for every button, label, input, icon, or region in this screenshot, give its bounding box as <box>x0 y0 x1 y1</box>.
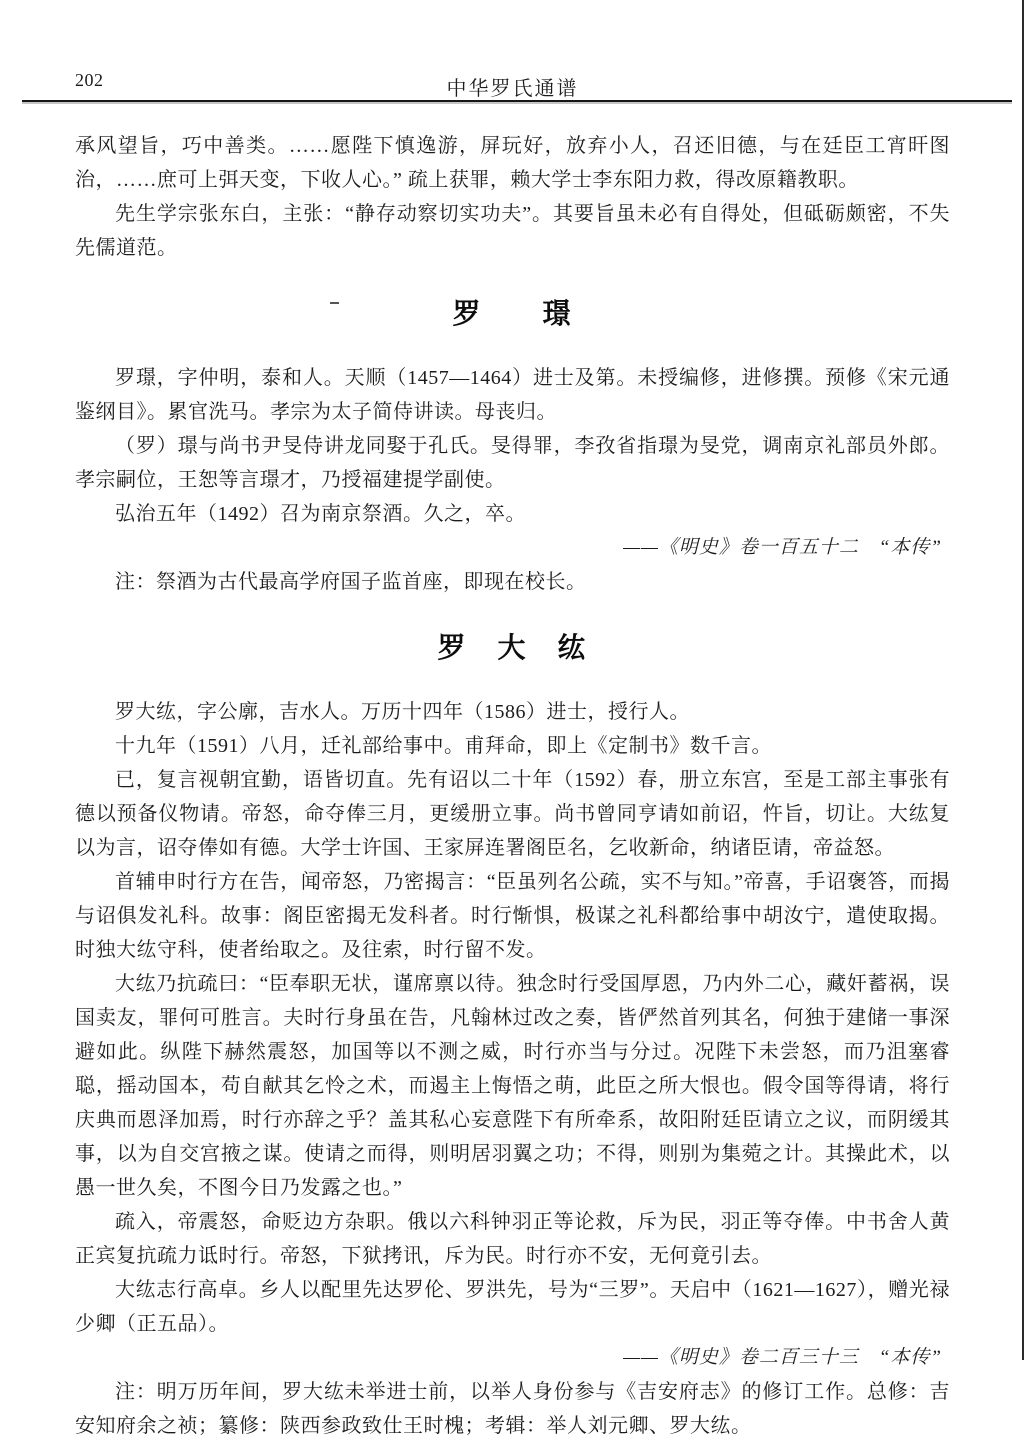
body-paragraph: 大纮乃抗疏曰：“臣奉职无状，谨席禀以待。独念时行受国厚恩，乃内外二心，藏奸蓄祸，… <box>75 967 950 1205</box>
body-paragraph: 疏入，帝震怒，命贬边方杂职。俄以六科钟羽正等论救，斥为民，羽正等夺俸。中书舍人黄… <box>75 1205 950 1273</box>
section-title-luo-dahong: 罗 大 纮 <box>75 629 950 669</box>
body-paragraph: 罗璟，字仲明，泰和人。天顺（1457—1464）进士及第。未授编修，进修撰。预修… <box>75 361 950 429</box>
body-paragraph: 大纮志行高卓。乡人以配里先达罗伦、罗洪先，号为“三罗”。天启中（1621—162… <box>75 1273 950 1341</box>
book-page: 202 中华罗氏通谱 承风望旨，巧中善类。……愿陛下慎逸游，屏玩好，放弃小人，召… <box>0 0 1024 1439</box>
footnote: 注：祭酒为古代最高学府国子监首座，即现在校长。 <box>75 565 950 599</box>
page-content: 承风望旨，巧中善类。……愿陛下慎逸游，屏玩好，放弃小人，召还旧德，与在廷臣工宵旰… <box>75 103 950 1439</box>
header-rule <box>22 100 1012 102</box>
body-paragraph: 先生学宗张东白，主张：“静存动察切实功夫”。其要旨虽未必有自得处，但砥砺颇密，不… <box>75 197 950 265</box>
body-paragraph: 罗大纮，字公廓，吉水人。万历十四年（1586）进士，授行人。 <box>75 695 950 729</box>
body-paragraph: 弘治五年（1492）召为南京祭酒。久之，卒。 <box>75 497 950 531</box>
intro-block: 承风望旨，巧中善类。……愿陛下慎逸游，屏玩好，放弃小人，召还旧德，与在廷臣工宵旰… <box>75 129 950 265</box>
body-paragraph: 首辅申时行方在告，闻帝怒，乃密揭言：“臣虽列名公疏，实不与知。”帝喜，手诏褒答，… <box>75 865 950 967</box>
header-title: 中华罗氏通谱 <box>75 72 950 101</box>
source-attribution: ——《明史》卷二百三十三 “本传” <box>75 1341 942 1375</box>
body-paragraph: （罗）璟与尚书尹旻侍讲龙同娶于孔氏。旻得罪，李孜省指璟为旻党，调南京礼部员外郎。… <box>75 429 950 497</box>
section-title-luo-jing: 罗 璟 <box>75 295 950 335</box>
body-paragraph: 已，复言视朝宜勤，语皆切直。先有诏以二十年（1592）春，册立东宫，至是工部主事… <box>75 763 950 865</box>
body-paragraph: 十九年（1591）八月，迁礼部给事中。甫拜命，即上《定制书》数千言。 <box>75 729 950 763</box>
body-paragraph: 承风望旨，巧中善类。……愿陛下慎逸游，屏玩好，放弃小人，召还旧德，与在廷臣工宵旰… <box>75 129 950 197</box>
page-header: 202 中华罗氏通谱 <box>75 70 950 96</box>
source-attribution: ——《明史》卷一百五十二 “本传” <box>75 531 942 565</box>
footnote: 注：明万历年间，罗大纮未举进士前，以举人身份参与《吉安府志》的修订工作。总修：吉… <box>75 1375 950 1439</box>
